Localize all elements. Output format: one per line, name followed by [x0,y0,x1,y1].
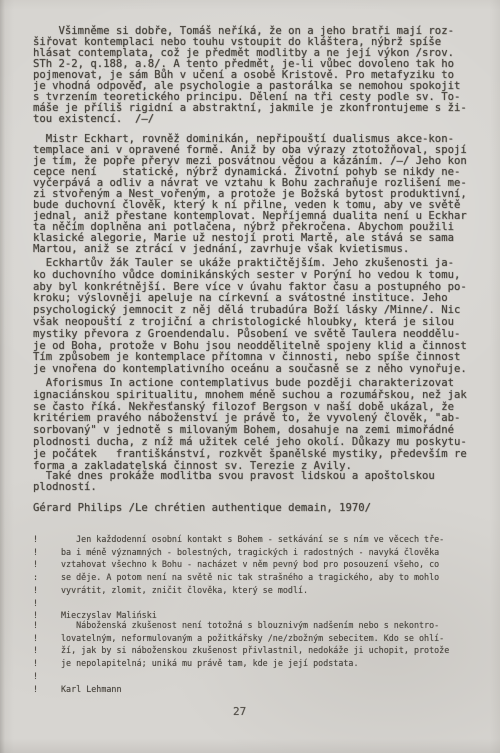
attribution-line: Gérard Philips /Le chrétien authentique … [33,503,371,514]
paragraph-eckhart: Mistr Eckhart, rovněž dominikán, nepřipo… [33,134,467,255]
quote-block-malinski: ! ! ! : ! ! ! Jen každodenní osobní kont… [33,533,444,622]
quote-text: Jen každodenní osobní kontakt s Bohem - … [61,533,444,622]
quote-margin-markers: ! ! ! : ! ! ! [33,533,61,622]
quote-block-lehmann: ! ! ! ! ! ! Náboženská zkušenost není to… [33,619,449,695]
page-number: 27 [233,705,246,718]
paragraph-aforismus: Aforismus In actione contemplativus bude… [33,378,467,472]
paragraph-closing: Také dnes prokáže modlitba svou pravost … [33,471,435,493]
quote-text: Náboženská zkušenost není totožná s blou… [61,619,449,695]
scanned-document-page: Všimněme si dobře, Tomáš neříká, že on a… [0,0,500,753]
quote-margin-markers: ! ! ! ! ! ! [33,619,61,695]
paragraph-tauler: Eckhartův žák Tauler se ukáže praktičtěj… [33,258,467,376]
paragraph-thomas: Všimněme si dobře, Tomáš neříká, že on a… [33,26,467,125]
